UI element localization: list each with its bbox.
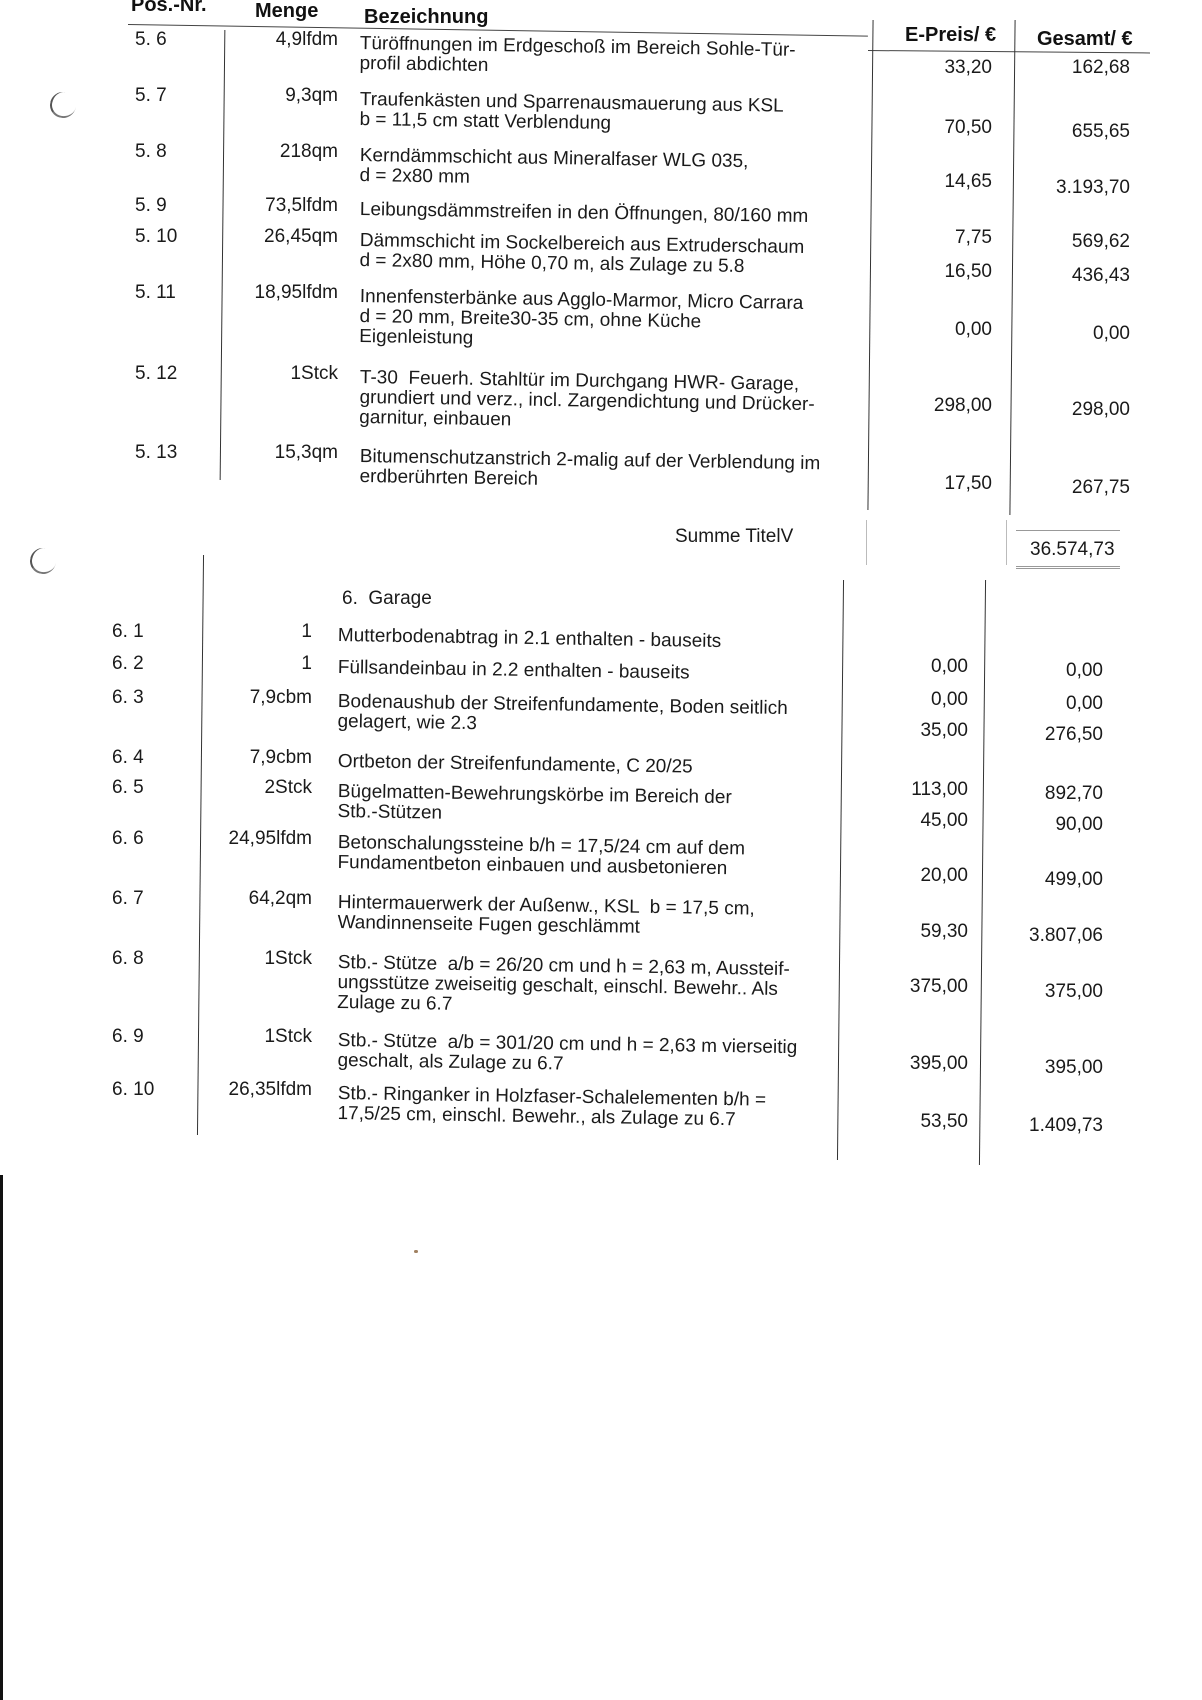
- position-number: 5. 8: [135, 142, 167, 162]
- position-number: 5. 12: [135, 364, 177, 384]
- quantity: 2Stck: [200, 778, 312, 798]
- quantity: 1: [200, 654, 312, 674]
- scan-edge-bar: [0, 1175, 3, 1700]
- punch-hole-mark: [48, 90, 78, 120]
- header-menge: Menge: [255, 0, 318, 23]
- description: Hintermauerwerk der Außenw., KSL b = 17,…: [337, 893, 755, 940]
- total-price: 655,65: [1020, 122, 1130, 142]
- column-divider: [1006, 520, 1007, 565]
- position-number: 6. 4: [112, 748, 144, 768]
- total-price: 569,62: [1020, 232, 1130, 252]
- description: Betonschalungssteine b/h = 17,5/24 cm au…: [337, 833, 745, 879]
- description: Innenfensterbänke aus Agglo-Marmor, Micr…: [359, 287, 803, 354]
- description: Füllsandeinbau in 2.2 enthalten - bausei…: [338, 658, 690, 684]
- header-gesamt: Gesamt/ €: [1037, 28, 1133, 51]
- description: Kerndämmschicht aus Mineralfaser WLG 035…: [359, 146, 748, 192]
- section-6-title: 6. Garage: [342, 589, 432, 609]
- summe-rule-top: [1016, 530, 1120, 531]
- unit-price: 14,65: [902, 172, 992, 192]
- position-number: 5. 6: [135, 30, 167, 50]
- position-number: 6. 1: [112, 622, 144, 642]
- scanned-invoice-page: Pos.-Nr. Menge Bezeichnung E-Preis/ € Ge…: [0, 0, 1202, 1700]
- unit-price: 53,50: [878, 1112, 968, 1132]
- unit-price: 0,00: [878, 657, 968, 677]
- quantity: 64,2qm: [200, 889, 312, 909]
- description: Stb.- Stütze a/b = 301/20 cm und h = 2,6…: [337, 1031, 797, 1078]
- quantity: 1Stck: [200, 949, 312, 969]
- quantity: 15,3qm: [228, 443, 338, 463]
- total-price: 267,75: [1020, 478, 1130, 498]
- description: Bügelmatten-Bewehrungskörbe im Bereich d…: [337, 782, 732, 828]
- total-price: 892,70: [993, 784, 1103, 804]
- quantity: 218qm: [228, 142, 338, 162]
- total-price: 0,00: [1020, 324, 1130, 344]
- unit-price: 7,75: [902, 228, 992, 248]
- description: Bitumenschutzanstrich 2-malig auf der Ve…: [359, 447, 820, 494]
- unit-price: 298,00: [902, 396, 992, 416]
- total-price: 0,00: [993, 694, 1103, 714]
- total-price: 499,00: [993, 870, 1103, 890]
- description: Stb.- Stütze a/b = 26/20 cm und h = 2,63…: [337, 953, 790, 1020]
- total-price: 3.193,70: [1020, 178, 1130, 198]
- column-divider: [979, 580, 986, 1165]
- total-price: 436,43: [1020, 266, 1130, 286]
- column-divider: [1009, 20, 1015, 515]
- scan-speck: [414, 1250, 418, 1253]
- header-bezeichnung: Bezeichnung: [364, 6, 488, 29]
- total-price: 1.409,73: [993, 1116, 1103, 1136]
- quantity: 7,9cbm: [200, 688, 312, 708]
- summe-rule-bottom: [1016, 566, 1120, 569]
- column-divider: [867, 20, 873, 510]
- description: Türöffnungen im Erdgeschoß im Bereich So…: [359, 34, 795, 81]
- unit-price: 70,50: [902, 118, 992, 138]
- position-number: 6. 8: [112, 949, 144, 969]
- total-price: 395,00: [993, 1058, 1103, 1078]
- unit-price: 0,00: [878, 690, 968, 710]
- punch-hole-mark: [28, 546, 58, 576]
- unit-price: 113,00: [878, 780, 968, 800]
- position-number: 5. 13: [135, 443, 177, 463]
- position-number: 6. 7: [112, 889, 144, 909]
- description: T-30 Feuerh. Stahltür im Durchgang HWR- …: [359, 368, 815, 435]
- quantity: 26,35lfdm: [200, 1080, 312, 1100]
- position-number: 5. 9: [135, 196, 167, 216]
- header-pos: Pos.-Nr.: [131, 0, 207, 17]
- total-price: 3.807,06: [993, 926, 1103, 946]
- position-number: 6. 6: [112, 829, 144, 849]
- unit-price: 17,50: [902, 474, 992, 494]
- unit-price: 45,00: [878, 811, 968, 831]
- quantity: 1Stck: [200, 1027, 312, 1047]
- position-number: 5. 10: [135, 227, 177, 247]
- summe-value: 36.574,73: [1030, 540, 1115, 560]
- unit-price: 59,30: [878, 922, 968, 942]
- description: Dämmschicht im Sockelbereich aus Extrude…: [359, 231, 804, 278]
- total-price: 0,00: [993, 661, 1103, 681]
- unit-price: 35,00: [878, 721, 968, 741]
- unit-price: 33,20: [902, 58, 992, 78]
- position-number: 5. 7: [135, 86, 167, 106]
- position-number: 5. 11: [135, 283, 176, 303]
- total-price: 375,00: [993, 982, 1103, 1002]
- unit-price: 395,00: [878, 1054, 968, 1074]
- quantity: 26,45qm: [228, 227, 338, 247]
- unit-price: 375,00: [878, 977, 968, 997]
- description: Leibungsdämmstreifen in den Öffnungen, 8…: [360, 200, 809, 227]
- description: Stb.- Ringanker in Holzfaser-Schalelemen…: [337, 1084, 766, 1131]
- description: Mutterbodenabtrag in 2.1 enthalten - bau…: [338, 626, 722, 652]
- quantity: 24,95lfdm: [200, 829, 312, 849]
- total-price: 162,68: [1020, 58, 1130, 78]
- position-number: 6. 9: [112, 1027, 144, 1047]
- position-number: 6. 3: [112, 688, 144, 708]
- position-number: 6. 5: [112, 778, 144, 798]
- unit-price: 0,00: [902, 320, 992, 340]
- header-epreis: E-Preis/ €: [905, 24, 996, 47]
- position-number: 6. 10: [112, 1080, 154, 1100]
- quantity: 73,5lfdm: [228, 196, 338, 216]
- summe-label: Summe TitelV: [675, 527, 793, 547]
- unit-price: 20,00: [878, 866, 968, 886]
- quantity: 7,9cbm: [200, 748, 312, 768]
- total-price: 298,00: [1020, 400, 1130, 420]
- description: Bodenaushub der Streifenfundamente, Bode…: [337, 692, 788, 739]
- column-divider: [837, 580, 844, 1160]
- quantity: 1Stck: [228, 364, 338, 384]
- description: Ortbeton der Streifenfundamente, C 20/25: [338, 752, 693, 778]
- total-price: 276,50: [993, 725, 1103, 745]
- quantity: 4,9lfdm: [228, 30, 338, 50]
- column-divider: [220, 30, 226, 480]
- quantity: 18,95lfdm: [228, 283, 338, 303]
- description: Traufenkästen und Sparrenausmauerung aus…: [359, 90, 783, 137]
- quantity: 1: [200, 622, 312, 642]
- total-price: 90,00: [993, 815, 1103, 835]
- column-divider: [866, 520, 867, 565]
- unit-price: 16,50: [902, 262, 992, 282]
- position-number: 6. 2: [112, 654, 144, 674]
- quantity: 9,3qm: [228, 86, 338, 106]
